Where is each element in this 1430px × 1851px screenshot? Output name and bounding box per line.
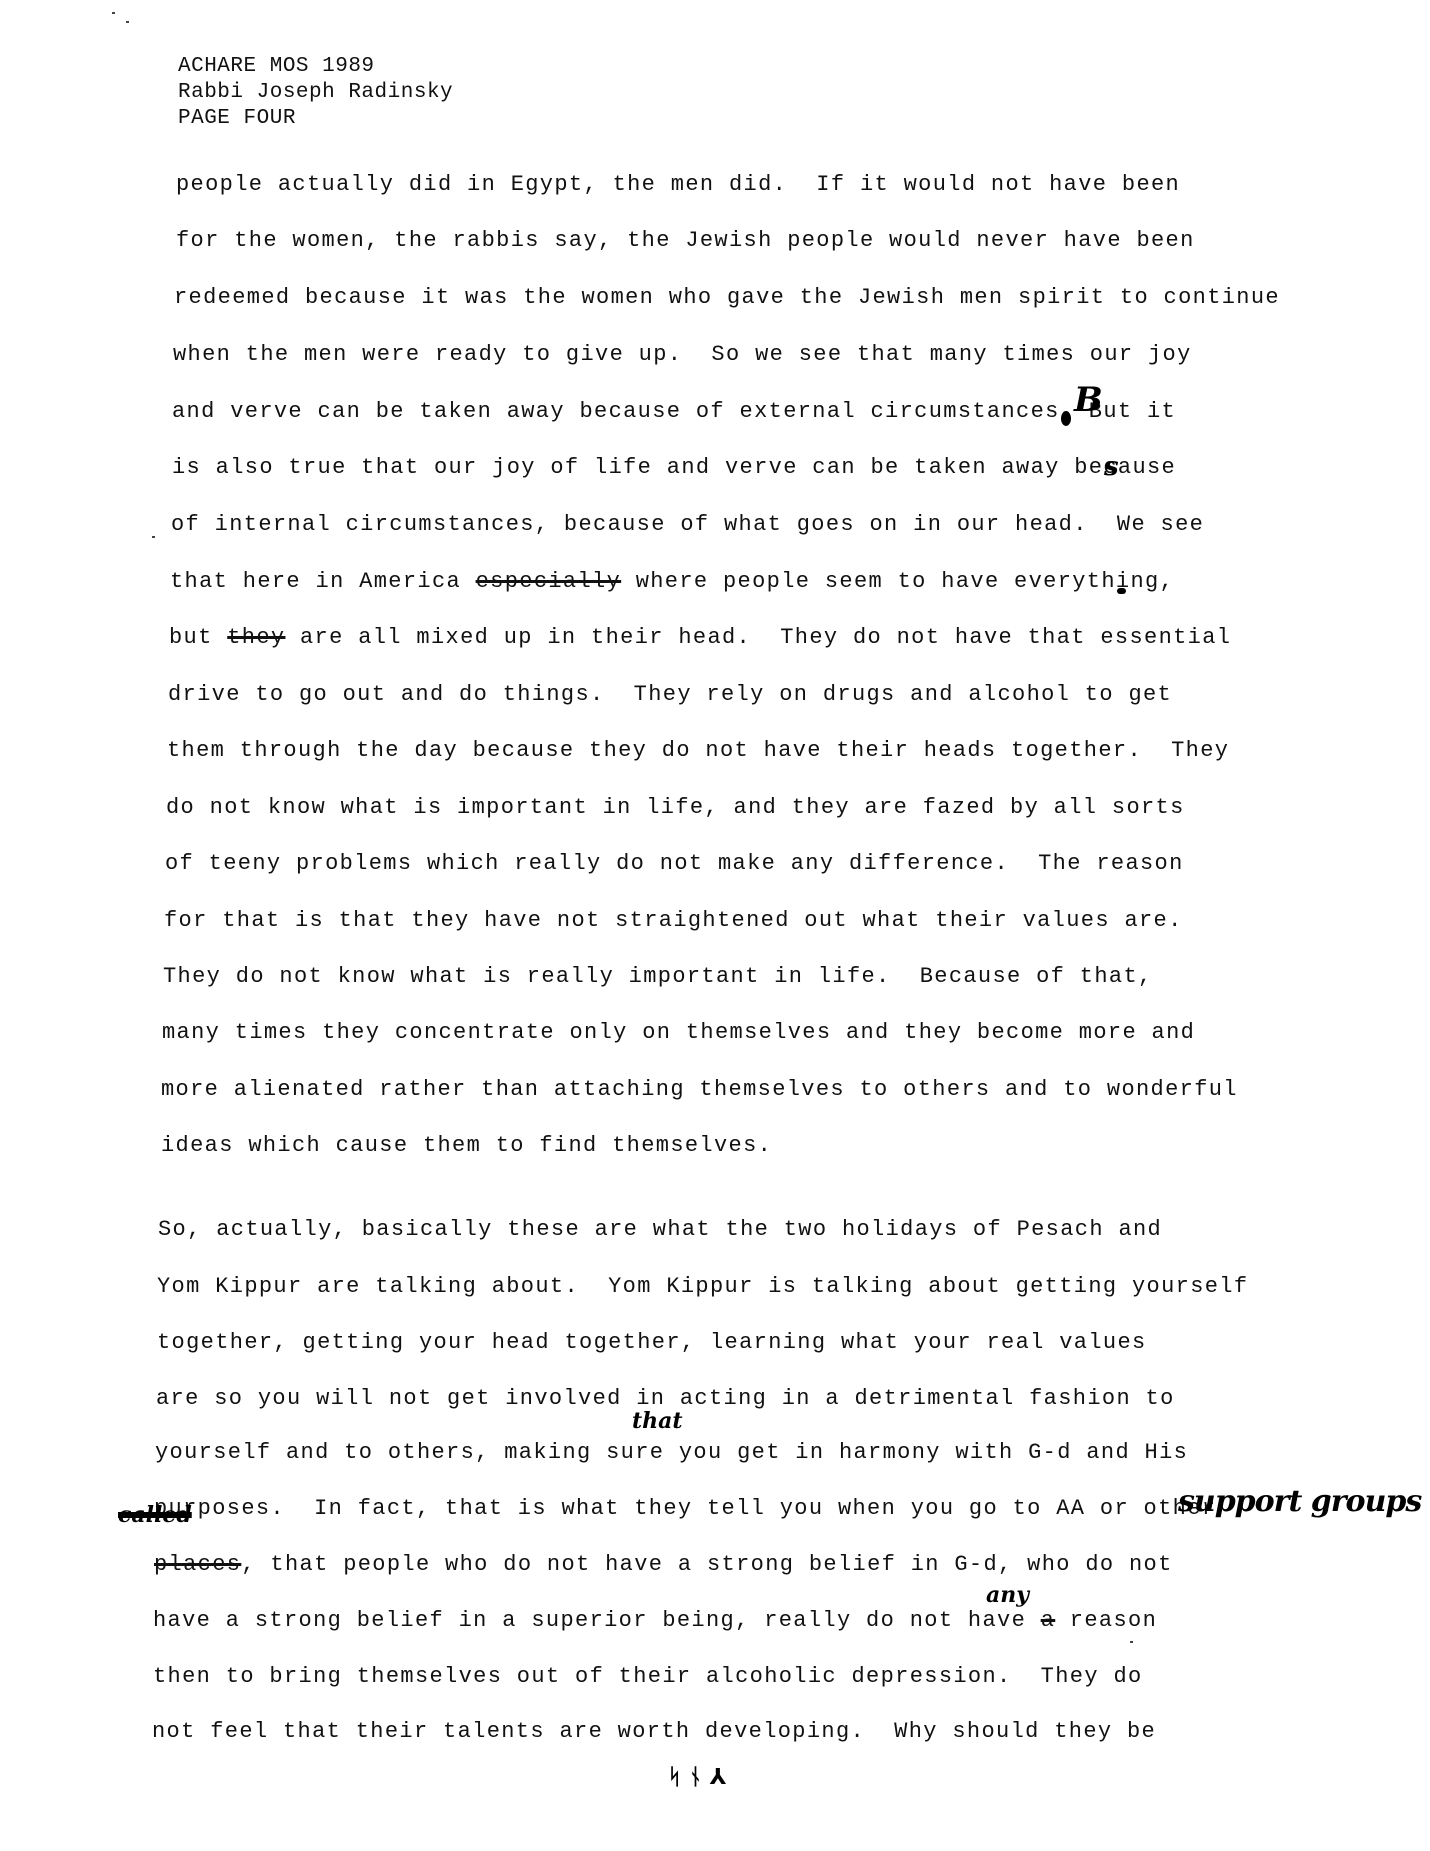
document-title: ACHARE MOS 1989 (178, 54, 453, 80)
line-text: and verve can be taken away because of e… (172, 399, 1176, 424)
line-text: that here in America (170, 569, 476, 594)
text-line: when the men were ready to give up. So w… (173, 342, 1192, 367)
text-line: ideas which cause them to find themselve… (161, 1133, 772, 1158)
line-text: So, actually, basically these are what t… (158, 1217, 1162, 1242)
line-text-rest: where people seem to have everything, (621, 569, 1174, 594)
document-header: ACHARE MOS 1989 Rabbi Joseph Radinsky PA… (178, 54, 453, 132)
text-line: redeemed because it was the women who ga… (174, 285, 1280, 310)
text-line: people actually did in Egypt, the men di… (176, 172, 1180, 197)
handwritten-page-mark: ᛋ ᚾ ⅄ (668, 1764, 726, 1790)
struck-word: places (154, 1552, 241, 1577)
line-text: of teeny problems which really do not ma… (165, 851, 1184, 876)
text-line: but they are all mixed up in their head.… (169, 625, 1231, 650)
text-line: of internal circumstances, because of wh… (171, 512, 1204, 537)
line-text-rest: reason (1055, 1608, 1157, 1633)
line-text: They do not know what is really importan… (163, 964, 1153, 989)
handwritten-called-insertion: called (118, 1502, 192, 1528)
line-text-rest: are all mixed up in their head. They do … (285, 625, 1231, 650)
line-text-rest: , that people who do not have a strong b… (241, 1552, 1172, 1577)
text-line: many times they concentrate only on them… (162, 1020, 1195, 1045)
line-text: for the women, the rabbis say, the Jewis… (176, 228, 1195, 253)
text-line: purposes. In fact, that is what they tel… (154, 1496, 1216, 1521)
handwritten-s-correction: s (1104, 452, 1119, 482)
ink-comma-everything (1117, 588, 1126, 594)
text-line: yourself and to others, making sure you … (155, 1440, 1188, 1465)
scan-speck (152, 536, 155, 538)
scan-speck (126, 21, 129, 23)
line-text: have a strong belief in a superior being… (153, 1608, 1041, 1633)
ink-blot-period (1061, 411, 1071, 426)
line-text: redeemed because it was the women who ga… (174, 285, 1280, 310)
text-line: that here in America especially where pe… (170, 569, 1174, 594)
text-line: not feel that their talents are worth de… (152, 1719, 1156, 1744)
scan-speck (1130, 1641, 1133, 1643)
line-text: them through the day because they do not… (167, 738, 1229, 763)
text-line: So, actually, basically these are what t… (158, 1217, 1162, 1242)
page-label: PAGE FOUR (178, 106, 453, 132)
line-text: for that is that they have not straighte… (164, 908, 1183, 933)
text-line: have a strong belief in a superior being… (153, 1608, 1157, 1633)
handwritten-that-insertion: that (632, 1408, 683, 1434)
scan-speck (112, 12, 115, 14)
text-line: for that is that they have not straighte… (164, 908, 1183, 933)
text-line: They do not know what is really importan… (163, 964, 1153, 989)
document-author: Rabbi Joseph Radinsky (178, 80, 453, 106)
line-text: then to bring themselves out of their al… (153, 1664, 1143, 1689)
handwritten-any-insertion: any (986, 1582, 1029, 1608)
text-line: Yom Kippur are talking about. Yom Kippur… (157, 1274, 1248, 1299)
line-text: yourself and to others, making sure you … (155, 1440, 1188, 1465)
text-line: and verve can be taken away because of e… (172, 399, 1176, 424)
struck-word: they (227, 625, 285, 650)
text-line: is also true that our joy of life and ve… (172, 455, 1176, 480)
line-text: when the men were ready to give up. So w… (173, 342, 1192, 367)
text-line: then to bring themselves out of their al… (153, 1664, 1143, 1689)
line-text: of internal circumstances, because of wh… (171, 512, 1204, 537)
text-line: together, getting your head together, le… (157, 1330, 1147, 1355)
line-text: not feel that their talents are worth de… (152, 1719, 1156, 1744)
text-line: places, that people who do not have a st… (154, 1552, 1173, 1577)
text-line: more alienated rather than attaching the… (161, 1077, 1238, 1102)
text-line: of teeny problems which really do not ma… (165, 851, 1184, 876)
text-line: them through the day because they do not… (167, 738, 1229, 763)
text-line: drive to go out and do things. They rely… (168, 682, 1172, 707)
line-text: is also true that our joy of life and ve… (172, 455, 1176, 480)
text-line: for the women, the rabbis say, the Jewis… (176, 228, 1195, 253)
line-text: purposes. In fact, that is what they tel… (154, 1496, 1216, 1521)
line-text: but (169, 625, 227, 650)
handwritten-support-groups: support groups (1178, 1484, 1421, 1519)
line-text: do not know what is important in life, a… (166, 795, 1185, 820)
line-text: more alienated rather than attaching the… (161, 1077, 1238, 1102)
text-line: do not know what is important in life, a… (166, 795, 1185, 820)
line-text: drive to go out and do things. They rely… (168, 682, 1172, 707)
line-text: people actually did in Egypt, the men di… (176, 172, 1180, 197)
handwritten-B-correction: B (1074, 380, 1103, 420)
line-text: many times they concentrate only on them… (162, 1020, 1195, 1045)
line-text: together, getting your head together, le… (157, 1330, 1147, 1355)
struck-word: especially (476, 569, 622, 594)
line-text: ideas which cause them to find themselve… (161, 1133, 772, 1158)
struck-word: a (1041, 1608, 1056, 1633)
line-text: Yom Kippur are talking about. Yom Kippur… (157, 1274, 1248, 1299)
